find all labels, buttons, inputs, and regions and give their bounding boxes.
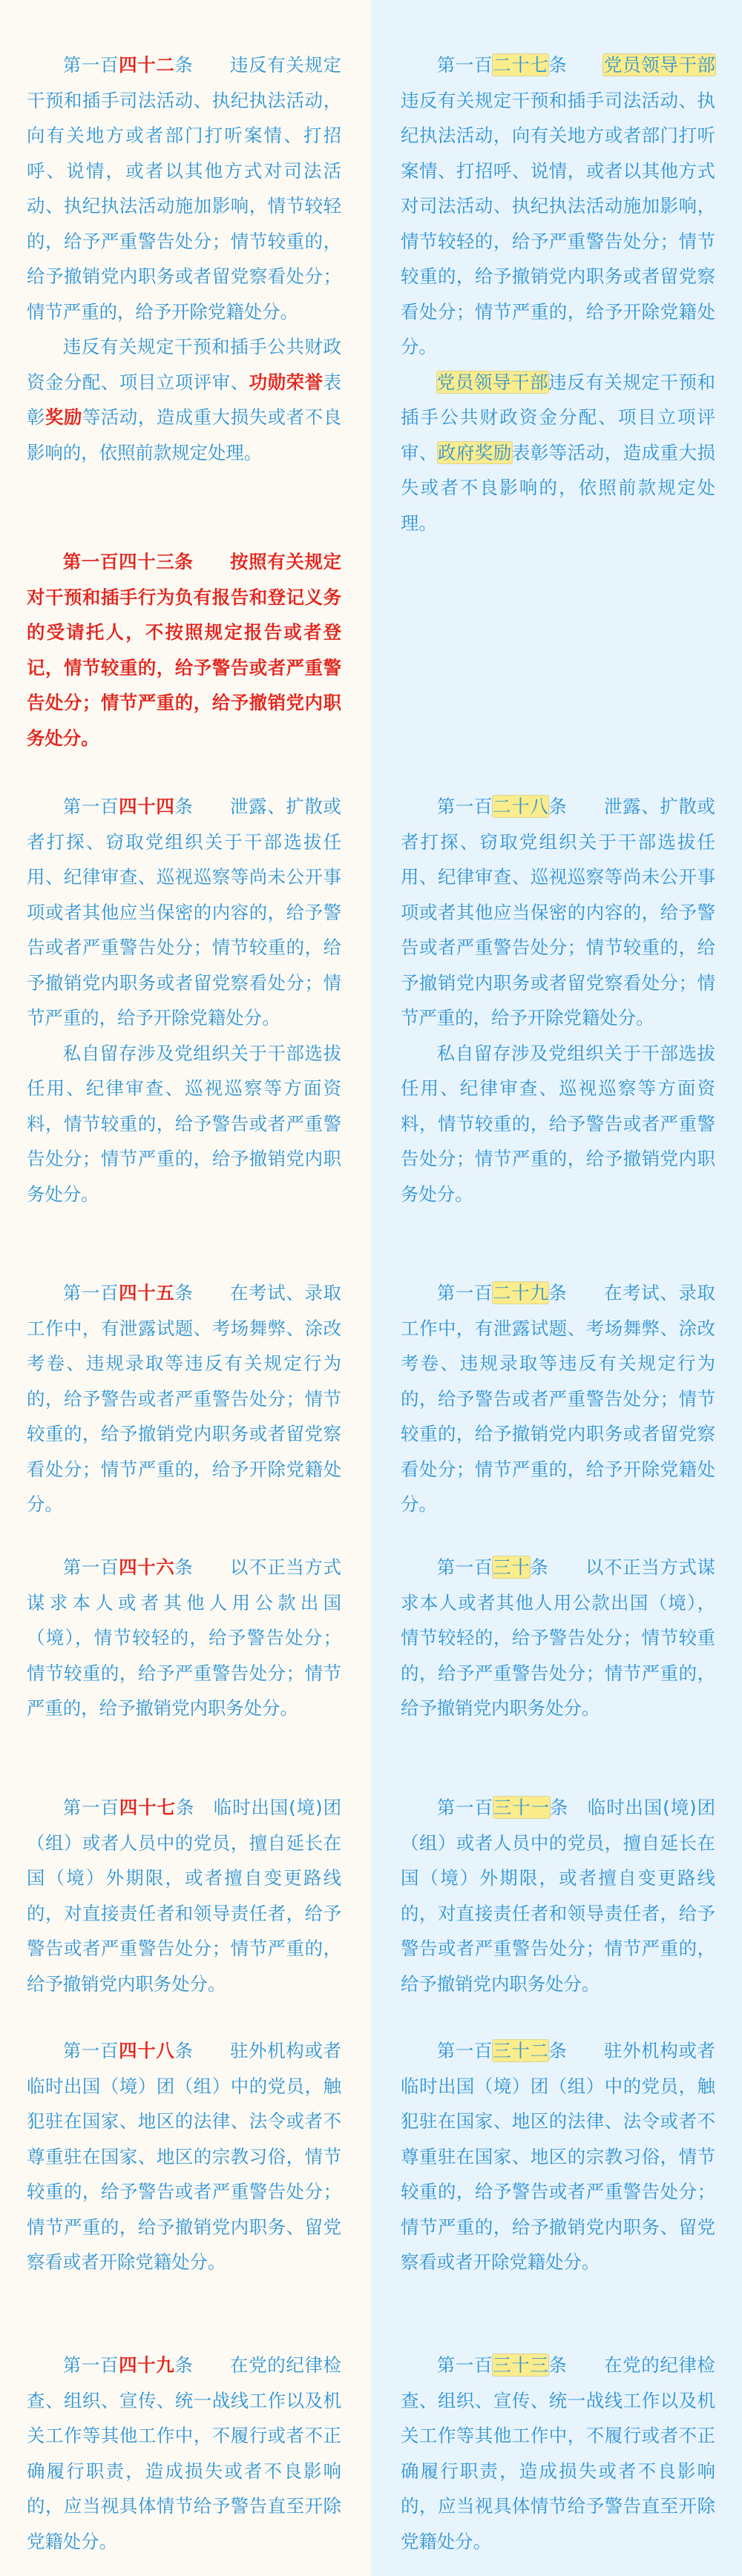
- article-131-para: 第一百三十一条临时出国(境)团（组）或者人员中的党员，擅自延长在国（境）外期限，…: [401, 1790, 715, 2001]
- article-body: 驻外机构或者临时出国（境）团（组）中的党员，触犯驻在国家、地区的法律、法令或者不…: [401, 2040, 715, 2273]
- article-130-section: 第一百三十条以不正当方式谋求本人或者其他人用公款出国（境），情节较轻的，给予警告…: [401, 1550, 715, 1726]
- article-body: 在党的纪律检查、组织、宣传、统一战线工作以及机关工作等其他工作中，不履行或者不正…: [401, 2354, 715, 2552]
- article-body: 临时出国(境)团（组）或者人员中的党员，擅自延长在国（境）外期限，或者擅自变更路…: [27, 1797, 341, 1995]
- article-128-para: 第一百二十八条泄露、扩散或者打探、窃取党组织关于干部选拔任用、纪律审查、巡视巡察…: [401, 789, 715, 1036]
- article-suffix: 条: [174, 1282, 193, 1304]
- article-145-para: 第一百四十五条在考试、录取工作中，有泄露试题、考场舞弊、涂改考卷、违规录取等违反…: [27, 1275, 341, 1522]
- article-145-section: 第一百四十五条在考试、录取工作中，有泄露试题、考场舞弊、涂改考卷、违规录取等违反…: [27, 1275, 341, 1522]
- highlighted-article-number: 二十九: [493, 1282, 548, 1304]
- article-132-para: 第一百三十二条驻外机构或者临时出国（境）团（组）中的党员，触犯驻在国家、地区的法…: [401, 2033, 715, 2280]
- article-body: 在考试、录取工作中，有泄露试题、考场舞弊、涂改考卷、违规录取等违反有关规定行为的…: [401, 1282, 715, 1515]
- article-127-para: 第一百二十七条党员领导干部违反有关规定干预和插手司法活动、执纪执法活动，向有关地…: [401, 47, 715, 365]
- highlighted-term: 党员领导干部: [437, 371, 548, 393]
- article-147-para: 第一百四十七条临时出国(境)团（组）或者人员中的党员，擅自延长在国（境）外期限，…: [27, 1790, 341, 2001]
- article-144-section: 第一百四十四条泄露、扩散或者打探、窃取党组织关于干部选拔任用、纪律审查、巡视巡察…: [27, 789, 341, 1212]
- article-prefix: 第一百: [437, 2040, 493, 2061]
- article-133-section: 第一百三十三条在党的纪律检查、组织、宣传、统一战线工作以及机关工作等其他工作中，…: [401, 2348, 715, 2559]
- article-number-changed: 四十七: [119, 1797, 176, 1818]
- article-body: 临时出国(境)团（组）或者人员中的党员，擅自延长在国（境）外期限，或者擅自变更路…: [401, 1797, 715, 1995]
- article-prefix: 第一百: [63, 1797, 119, 1818]
- article-suffix: 条: [548, 2040, 567, 2061]
- article-144-para-2: 私自留存涉及党组织关于干部选拔任用、纪律审查、巡视巡察等方面资料，情节较重的，给…: [27, 1036, 341, 1212]
- article-suffix: 条: [550, 1797, 568, 1818]
- article-147-section: 第一百四十七条临时出国(境)团（组）或者人员中的党员，擅自延长在国（境）外期限，…: [27, 1790, 341, 2001]
- changed-term: 功勋荣誉: [249, 371, 324, 393]
- article-128-section: 第一百二十八条泄露、扩散或者打探、窃取党组织关于干部选拔任用、纪律审查、巡视巡察…: [401, 789, 715, 1212]
- article-prefix: 第一百: [437, 2354, 493, 2376]
- article-129-section: 第一百二十九条在考试、录取工作中，有泄露试题、考场舞弊、涂改考卷、违规录取等违反…: [401, 1275, 715, 1522]
- highlighted-article-number: 三十: [493, 1556, 530, 1578]
- article-prefix: 第一百: [437, 54, 493, 76]
- new-provisions-column: 第一百四十二条违反有关规定干预和插手司法活动、执纪执法活动，向有关地方或者部门打…: [0, 0, 371, 2576]
- article-body: 在考试、录取工作中，有泄露试题、考场舞弊、涂改考卷、违规录取等违反有关规定行为的…: [27, 1282, 341, 1515]
- highlighted-article-number: 三十三: [493, 2354, 548, 2376]
- comparison-page: 第一百四十二条违反有关规定干预和插手司法活动、执纪执法活动，向有关地方或者部门打…: [0, 0, 742, 2576]
- article-133-para: 第一百三十三条在党的纪律检查、组织、宣传、统一战线工作以及机关工作等其他工作中，…: [401, 2348, 715, 2559]
- article-body: 以不正当方式谋求本人或者其他人用公款出国（境），情节较轻的，给予警告处分；情节较…: [27, 1556, 341, 1719]
- article-146-para: 第一百四十六条以不正当方式谋求本人或者其他人用公款出国（境），情节较轻的，给予警…: [27, 1550, 341, 1726]
- article-prefix: 第一百: [437, 796, 493, 817]
- article-suffix: 条: [548, 54, 567, 76]
- article-prefix: 第一百: [437, 1556, 493, 1578]
- article-prefix: 第一百: [437, 1282, 493, 1304]
- article-142-para: 第一百四十二条违反有关规定干预和插手司法活动、执纪执法活动，向有关地方或者部门打…: [27, 47, 341, 329]
- article-number-changed: 四十八: [119, 2040, 174, 2061]
- article-suffix: 条: [548, 1282, 567, 1304]
- article-prefix: 第一百: [63, 54, 119, 76]
- article-body: 违反有关规定干预和插手司法活动、执纪执法活动，向有关地方或者部门打听案情、打招呼…: [401, 90, 715, 358]
- article-prefix: 第一百: [63, 2040, 119, 2061]
- article-number-changed: 四十四: [119, 796, 174, 817]
- article-146-section: 第一百四十六条以不正当方式谋求本人或者其他人用公款出国（境），情节较轻的，给予警…: [27, 1550, 341, 1726]
- article-128-para-2: 私自留存涉及党组织关于干部选拔任用、纪律审查、巡视巡察等方面资料，情节较重的，给…: [401, 1036, 715, 1212]
- article-148-para: 第一百四十八条驻外机构或者临时出国（境）团（组）中的党员，触犯驻在国家、地区的法…: [27, 2033, 341, 2280]
- article-suffix: 条: [548, 796, 567, 817]
- article-body: 在党的纪律检查、组织、宣传、统一战线工作以及机关工作等其他工作中，不履行或者不正…: [27, 2354, 341, 2552]
- highlighted-term: 政府奖励: [438, 442, 512, 463]
- article-142-para-2: 违反有关规定干预和插手公共财政资金分配、项目立项评审、功勋荣誉表彰奖励等活动，造…: [27, 329, 341, 470]
- article-suffix: 条: [530, 1556, 548, 1578]
- highlighted-term: 党员领导干部: [603, 54, 715, 76]
- highlighted-article-number: 三十二: [493, 2040, 548, 2061]
- article-132-section: 第一百三十二条驻外机构或者临时出国（境）团（组）中的党员，触犯驻在国家、地区的法…: [401, 2033, 715, 2280]
- article-prefix: 第一百: [63, 796, 119, 817]
- article-127-para-2: 党员领导干部违反有关规定干预和插手公共财政资金分配、项目立项评审、政府奖励表彰等…: [401, 365, 715, 541]
- article-142-section: 第一百四十二条违反有关规定干预和插手司法活动、执纪执法活动，向有关地方或者部门打…: [27, 47, 341, 470]
- article-prefix: 第一百: [437, 1797, 493, 1818]
- article-129-para: 第一百二十九条在考试、录取工作中，有泄露试题、考场舞弊、涂改考卷、违规录取等违反…: [401, 1275, 715, 1522]
- article-body: 以不正当方式谋求本人或者其他人用公款出国（境），情节较轻的，给予警告处分；情节较…: [401, 1556, 715, 1719]
- article-body: 驻外机构或者临时出国（境）团（组）中的党员，触犯驻在国家、地区的法律、法令或者不…: [27, 2040, 341, 2273]
- article-number-changed: 四十九: [119, 2354, 174, 2376]
- article-heading: 第一百四十三条: [63, 551, 194, 572]
- article-body: 泄露、扩散或者打探、窃取党组织关于干部选拔任用、纪律审查、巡视巡察等尚未公开事项…: [27, 796, 341, 1028]
- article-144-para: 第一百四十四条泄露、扩散或者打探、窃取党组织关于干部选拔任用、纪律审查、巡视巡察…: [27, 789, 341, 1036]
- article-130-para: 第一百三十条以不正当方式谋求本人或者其他人用公款出国（境），情节较轻的，给予警告…: [401, 1550, 715, 1726]
- article-149-section: 第一百四十九条在党的纪律检查、组织、宣传、统一战线工作以及机关工作等其他工作中，…: [27, 2348, 341, 2559]
- article-143-section: 第一百四十三条按照有关规定对干预和插手行为负有报告和登记义务的受请托人，不按照规…: [27, 544, 341, 756]
- highlighted-article-number: 二十八: [493, 796, 548, 817]
- article-suffix: 条: [176, 1797, 194, 1818]
- changed-term: 奖励: [45, 406, 82, 428]
- article-131-section: 第一百三十一条临时出国(境)团（组）或者人员中的党员，擅自延长在国（境）外期限，…: [401, 1790, 715, 2001]
- article-body: 泄露、扩散或者打探、窃取党组织关于干部选拔任用、纪律审查、巡视巡察等尚未公开事项…: [401, 796, 715, 1028]
- article-suffix: 条: [174, 2040, 193, 2061]
- highlighted-article-number: 二十七: [493, 54, 548, 76]
- highlighted-article-number: 三十一: [493, 1797, 550, 1818]
- article-number-changed: 四十五: [119, 1282, 174, 1304]
- article-suffix: 条: [548, 2354, 567, 2376]
- old-provisions-column: 第一百二十七条党员领导干部违反有关规定干预和插手司法活动、执纪执法活动，向有关地…: [371, 0, 742, 2576]
- article-143-para: 第一百四十三条按照有关规定对干预和插手行为负有报告和登记义务的受请托人，不按照规…: [27, 544, 341, 756]
- article-prefix: 第一百: [63, 1282, 119, 1304]
- article-149-para: 第一百四十九条在党的纪律检查、组织、宣传、统一战线工作以及机关工作等其他工作中，…: [27, 2348, 341, 2559]
- article-148-section: 第一百四十八条驻外机构或者临时出国（境）团（组）中的党员，触犯驻在国家、地区的法…: [27, 2033, 341, 2280]
- article-prefix: 第一百: [63, 2354, 119, 2376]
- article-suffix: 条: [174, 2354, 193, 2376]
- article-suffix: 条: [174, 796, 193, 817]
- article-suffix: 条: [174, 54, 193, 76]
- article-number-changed: 四十二: [119, 54, 174, 76]
- article-number-changed: 四十六: [119, 1556, 174, 1578]
- article-body: 违反有关规定干预和插手司法活动、执纪执法活动，向有关地方或者部门打听案情、打招呼…: [27, 54, 341, 323]
- article-prefix: 第一百: [63, 1556, 119, 1578]
- article-body: 按照有关规定对干预和插手行为负有报告和登记义务的受请托人，不按照规定报告或者登记…: [27, 551, 341, 749]
- article-127-section: 第一百二十七条党员领导干部违反有关规定干预和插手司法活动、执纪执法活动，向有关地…: [401, 47, 715, 541]
- article-suffix: 条: [174, 1556, 193, 1578]
